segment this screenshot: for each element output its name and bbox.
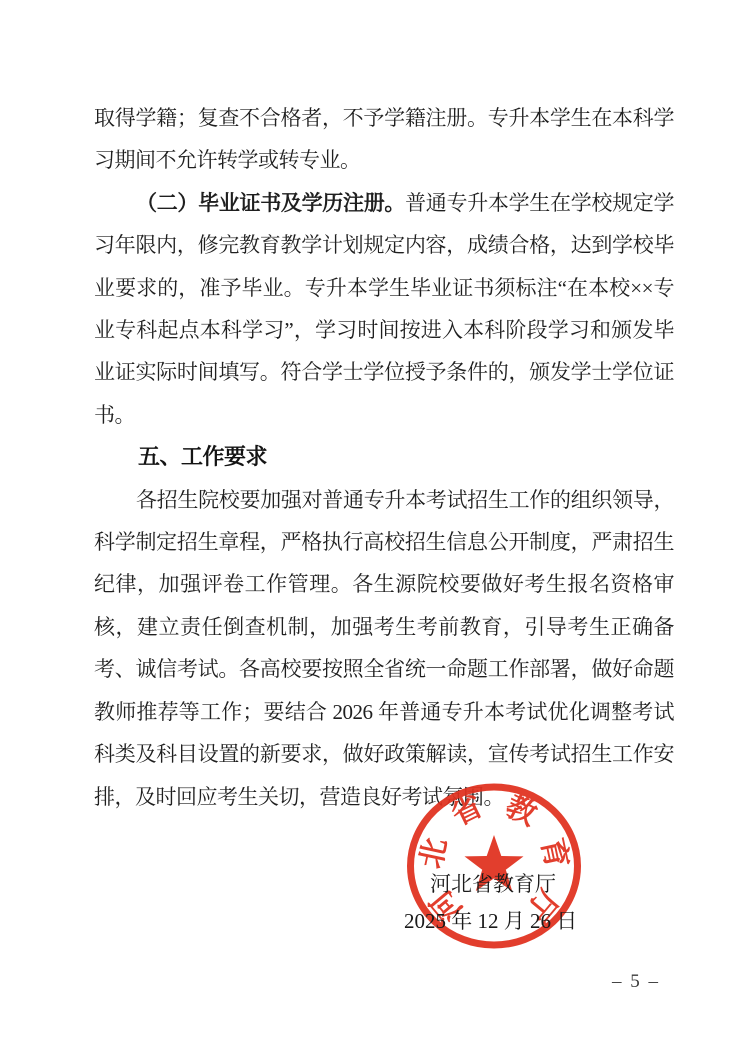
signature-date: 2025 年 12 月 26 日 (404, 905, 594, 935)
document-page: 取得学籍；复查不合格者，不予学籍注册。专升本学生在本科学习期间不允许转学或转专业… (0, 0, 756, 1060)
signature-authority: 河北省教育厅 (430, 868, 560, 898)
paragraph-section-5: 各招生院校要加强对普通专升本考试招生工作的组织领导，科学制定招生章程，严格执行高… (94, 479, 674, 818)
continuation-text: 取得学籍；复查不合格者，不予学籍注册。专升本学生在本科学习期间不允许转学或转专业… (94, 106, 674, 172)
seal-char-2: 北 (415, 835, 454, 871)
section-5-heading: 五、工作要求 (94, 436, 674, 478)
section-5-text: 各招生院校要加强对普通专升本考试招生工作的组织领导，科学制定招生章程，严格执行高… (94, 488, 674, 809)
section-b-text: 普通专升本学生在学校规定学习年限内，修完教育教学计划规定内容，成绩合格，达到学校… (94, 191, 674, 427)
seal-char-5: 育 (535, 835, 574, 871)
section-b-label: （二）毕业证书及学历注册。 (136, 191, 405, 215)
paragraph-section-b: （二）毕业证书及学历注册。普通专升本学生在学校规定学习年限内，修完教育教学计划规… (94, 182, 674, 436)
document-body: 取得学籍；复查不合格者，不予学籍注册。专升本学生在本科学习期间不允许转学或转专业… (94, 97, 674, 818)
page-number: – 5 – (600, 971, 672, 993)
paragraph-continuation: 取得学籍；复查不合格者，不予学籍注册。专升本学生在本科学习期间不允许转学或转专业… (94, 97, 674, 182)
